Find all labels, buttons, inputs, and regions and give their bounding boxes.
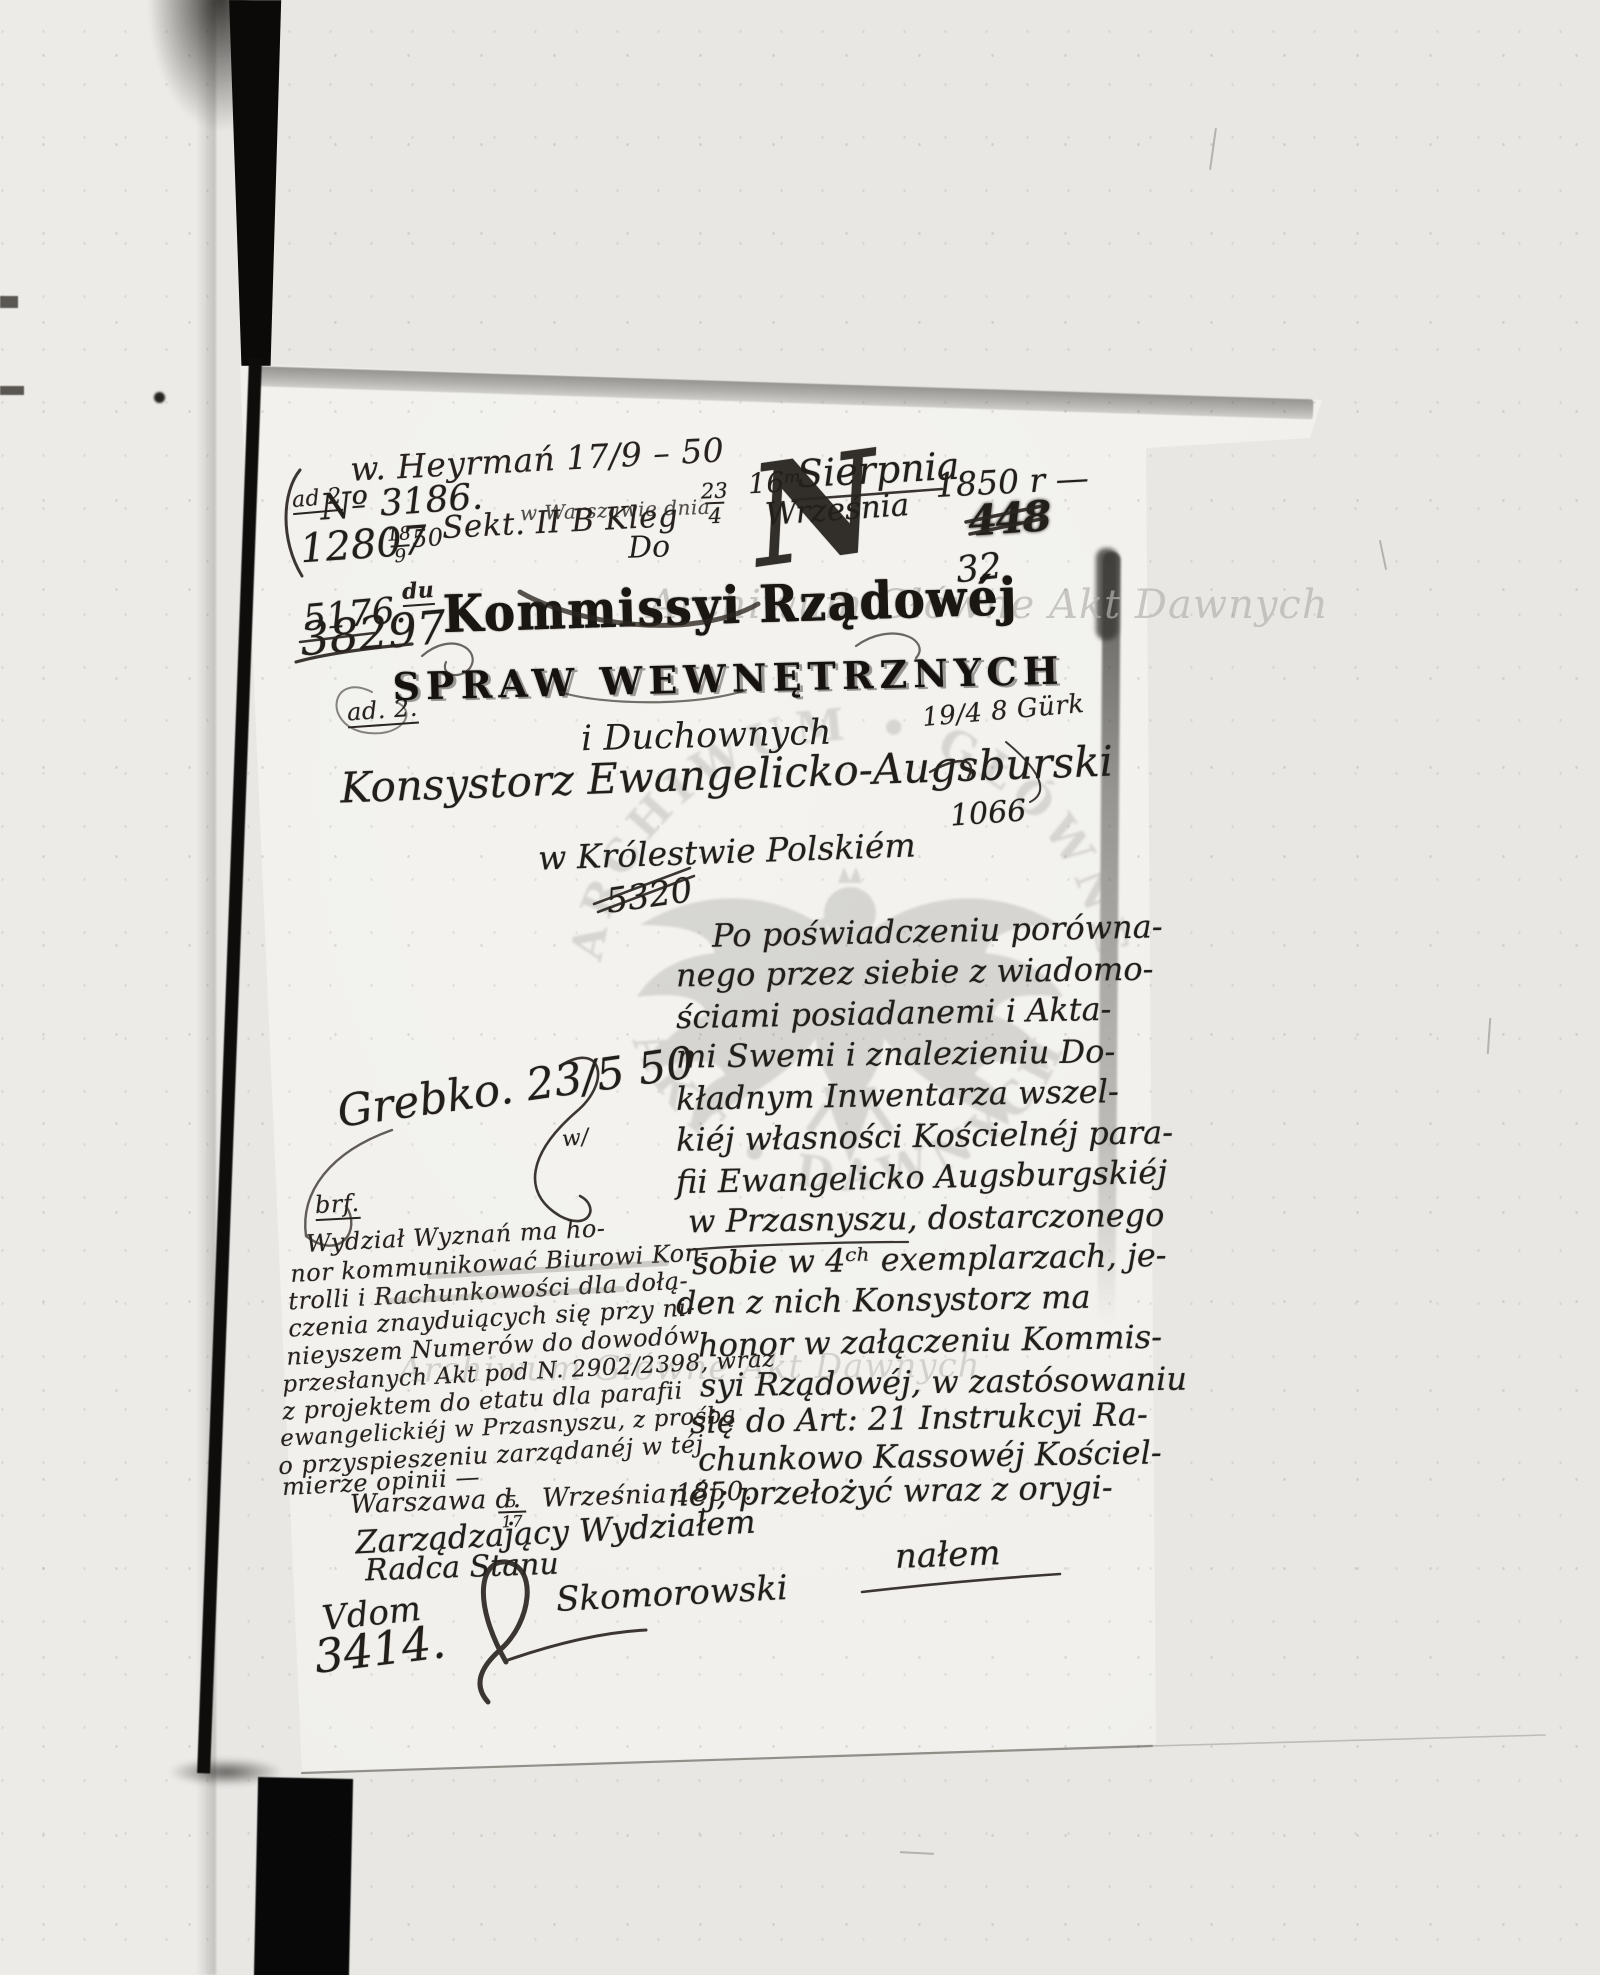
film-edge-mark — [0, 296, 18, 308]
film-scratch — [1379, 540, 1387, 570]
do-label: Do — [627, 529, 670, 565]
closing-role-2: Radca Stanu — [364, 1547, 559, 1589]
body-line: kładnym Inwentarza wszel- — [676, 1072, 1119, 1118]
black-bar-top — [228, 0, 284, 366]
body-line: mi Swemi i znalezieniu Do- — [676, 1032, 1116, 1075]
number-flourish: N — [743, 432, 889, 588]
film-scratch — [1209, 128, 1217, 170]
body-closing-word: nałem — [894, 1533, 1001, 1577]
body-line: kiéj własności Kościelnéj para- — [676, 1113, 1174, 1159]
number-1066: 1066 — [949, 793, 1028, 833]
film-scratch — [1487, 1018, 1492, 1054]
paper-hole-dot — [154, 392, 165, 403]
margin-date-place: Warszawa d. — [350, 1484, 522, 1520]
frac-num: 5 — [503, 1494, 520, 1512]
date-fraction: 234 — [697, 461, 732, 527]
date-den: 4 — [705, 502, 725, 527]
margin-paraph-w: w/ — [561, 1125, 591, 1153]
film-edge-mark — [0, 386, 24, 395]
body-line: den z nich Konsystorz ma — [676, 1278, 1091, 1323]
body-line: nego przez siebie z wiadomo- — [676, 950, 1154, 995]
scanned-archival-document: ARCHIWUM • GŁÓWNE AKT • DAWNYCH Archiwum… — [0, 0, 1600, 1975]
frac-den: 9 — [391, 545, 411, 568]
margin-brf: brf. — [314, 1189, 360, 1221]
adjacent-page-strip — [0, 0, 206, 1975]
registry-12807-year: 50 — [411, 523, 444, 553]
body-line: w Przasnyszu, dostarczonego — [688, 1196, 1165, 1241]
page-bottom-edge-continuation — [1152, 1735, 1545, 1746]
film-scratch — [900, 1851, 934, 1855]
date-day: 23 — [698, 480, 732, 503]
bottom-black-rectangle — [254, 1777, 353, 1975]
crossed-number-448: 448 — [966, 491, 1051, 546]
